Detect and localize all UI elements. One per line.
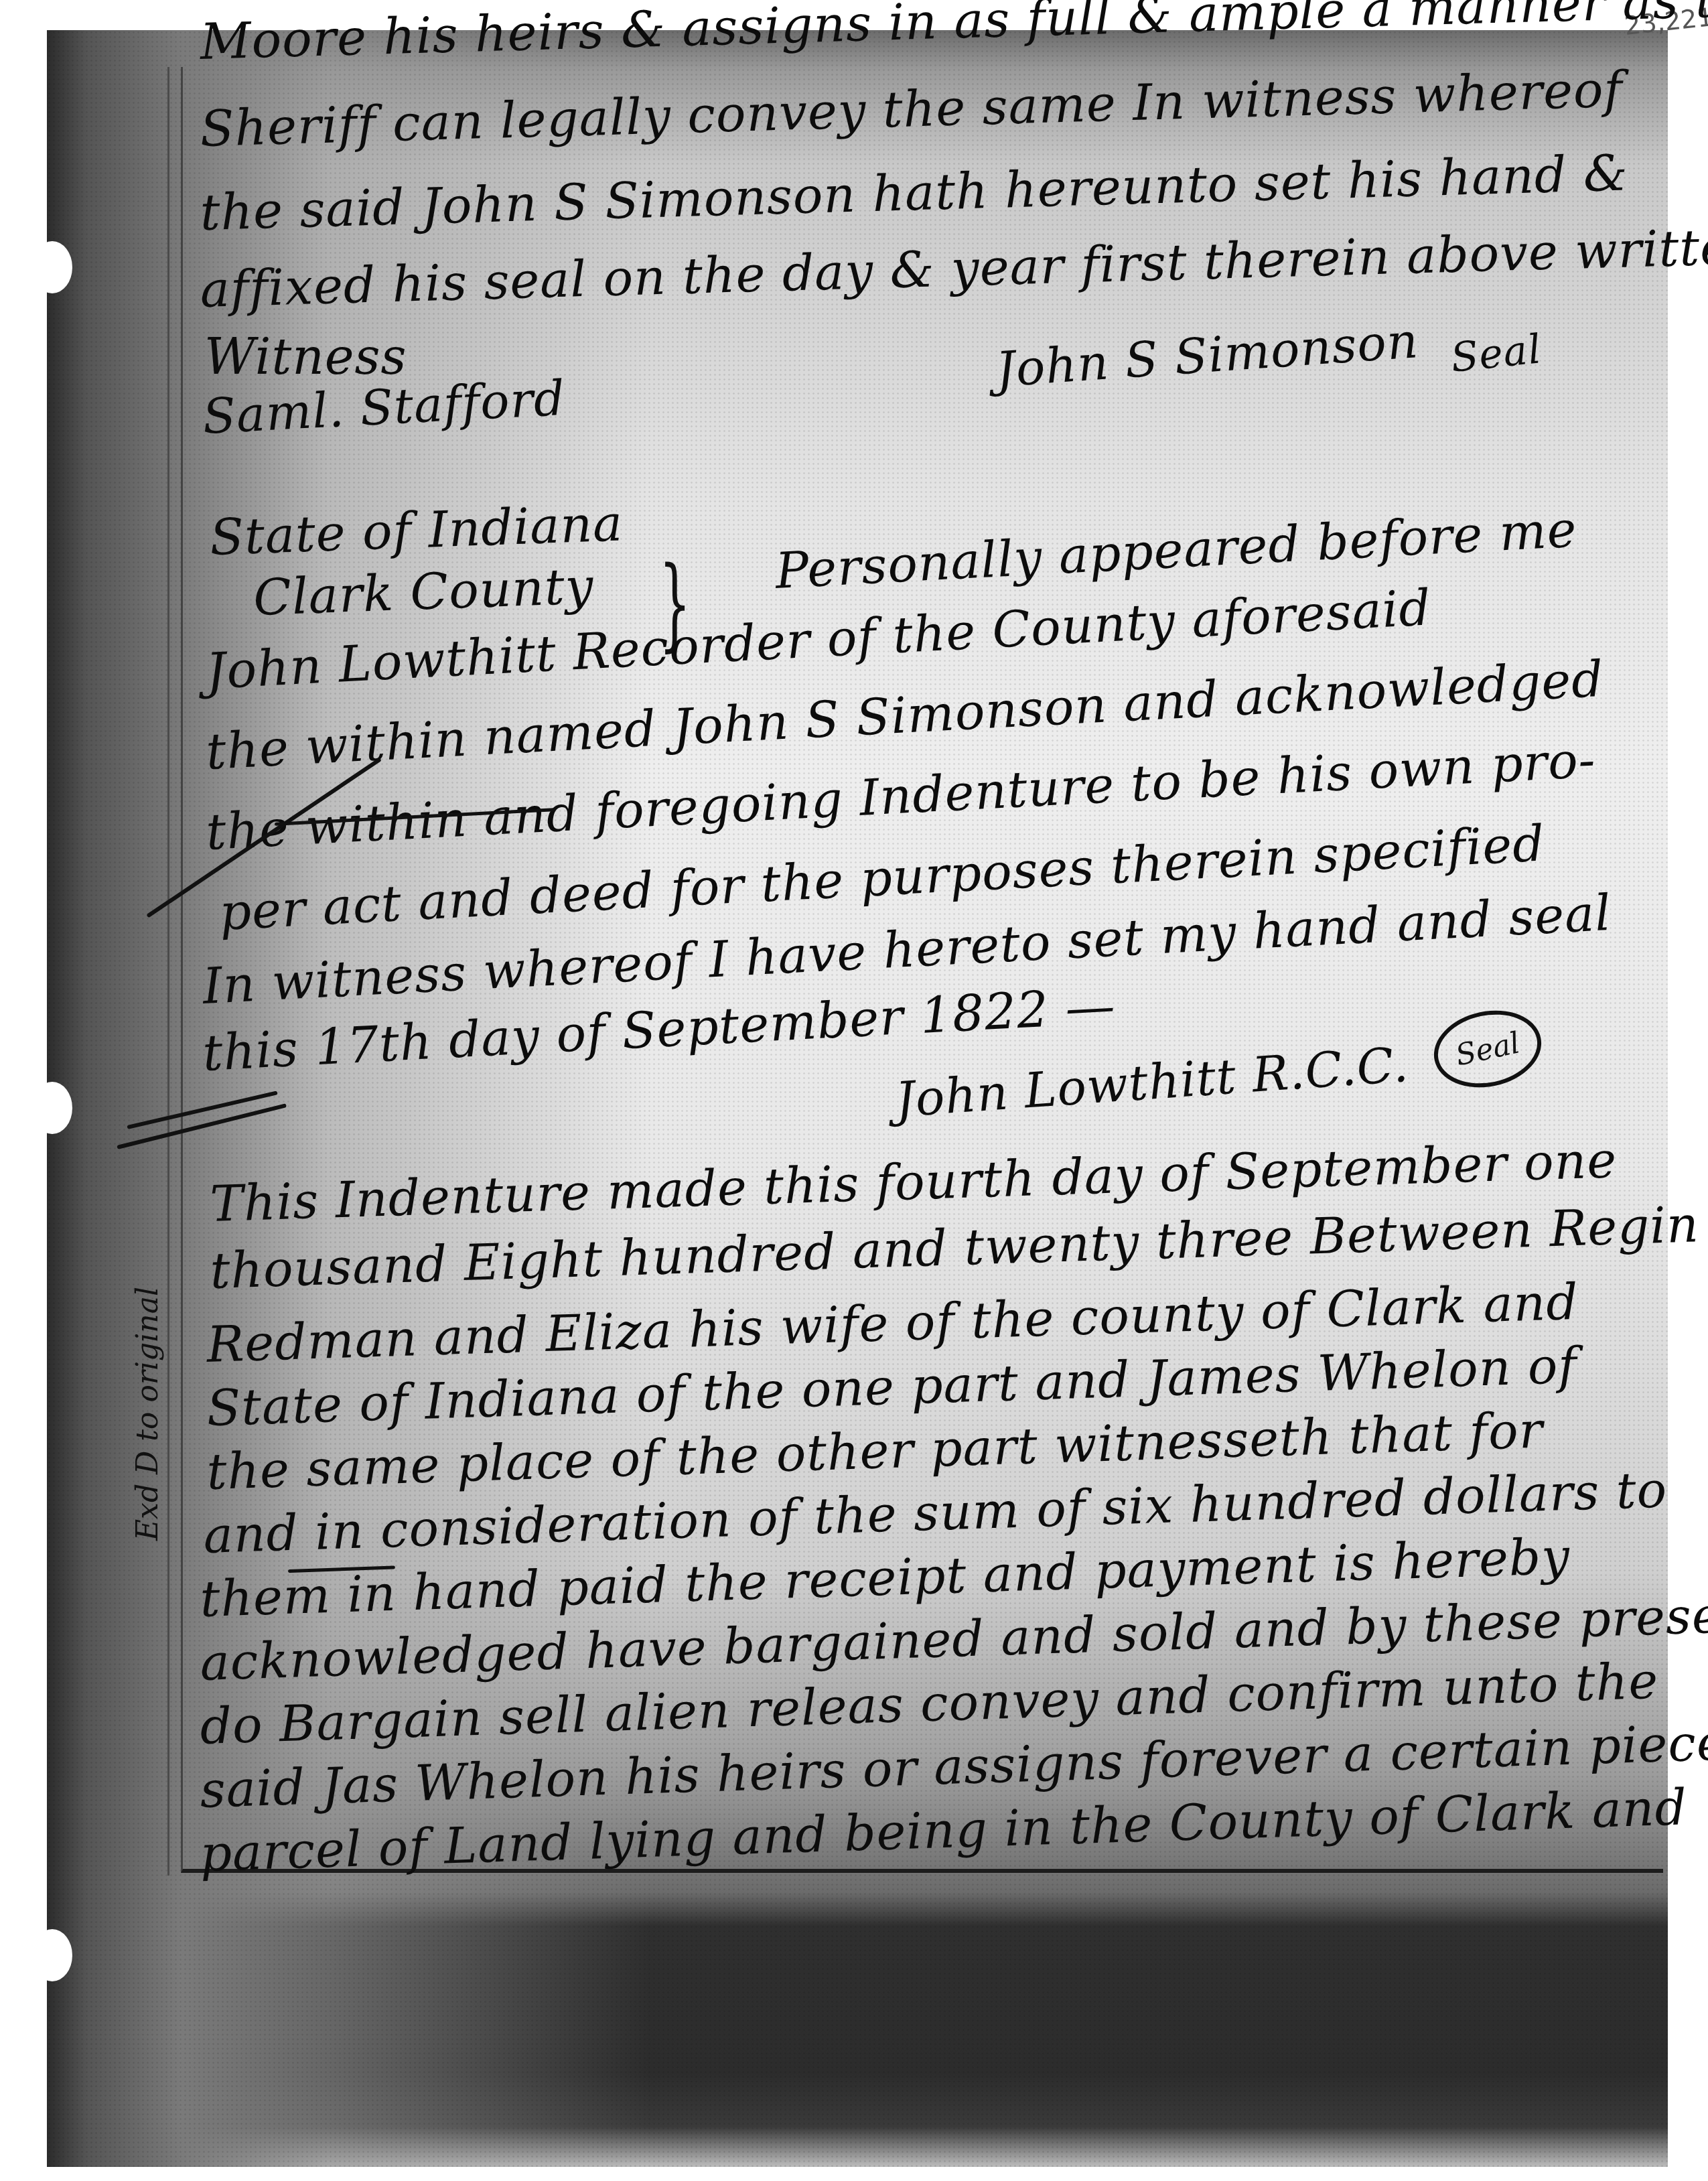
page-margin-rule [167,67,169,1876]
venue-county: Clark County [253,557,595,627]
seal-text: Seal [1453,1026,1523,1072]
margin-note: Exd D to original [131,1287,165,1541]
witness-label: Witness [204,328,407,386]
signature-seal-mark: Seal [1449,326,1544,382]
punch-hole-bottom [32,1929,72,1981]
punch-hole-top [32,241,72,293]
punch-hole-middle [32,1082,72,1134]
